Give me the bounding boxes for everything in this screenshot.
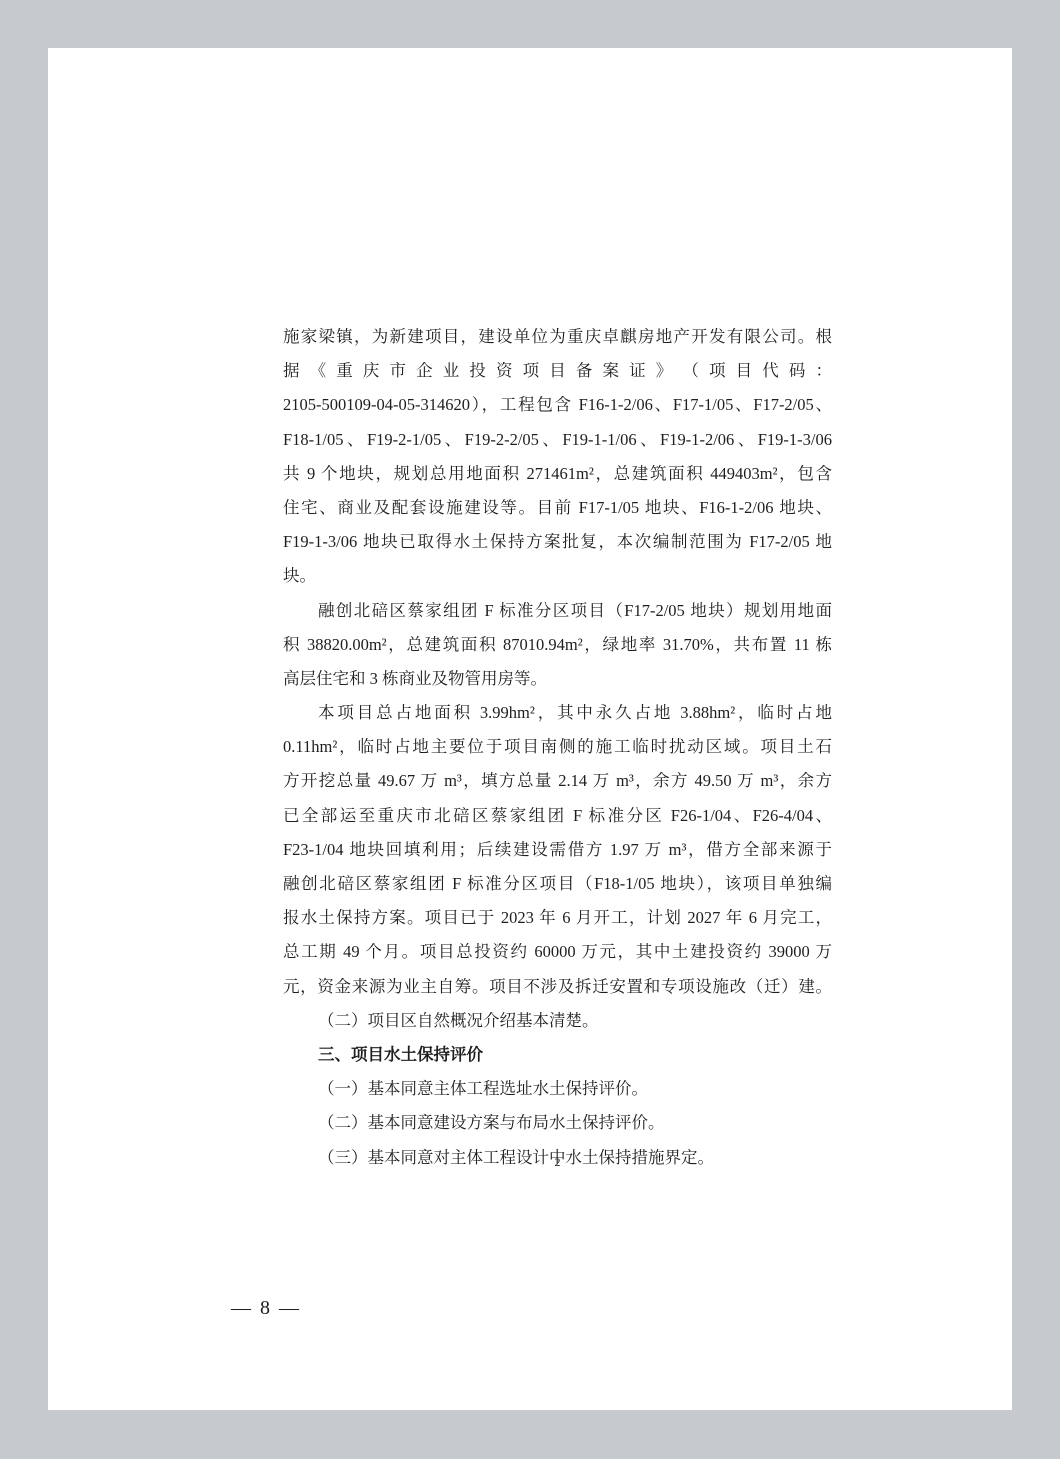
- text-line: 施家梁镇，为新建项目，建设单位为重庆卓麒房地产开发有限公司。根: [283, 320, 832, 354]
- outer-page-number: — 8 —: [196, 1296, 336, 1320]
- text-line: F23-1/04 地块回填利用；后续建设需借方 1.97 万 m³，借方全部来源…: [283, 833, 832, 867]
- text-line: 共 9 个地块，规划总用地面积 271461m²，总建筑面积 449403m²，…: [283, 457, 832, 491]
- text-line: 方开挖总量 49.67 万 m³，填方总量 2.14 万 m³，余方 49.50…: [283, 764, 832, 798]
- inner-page-number: 2: [283, 1155, 832, 1169]
- text-line: F19-1-3/06 地块已取得水土保持方案批复，本次编制范围为 F17-2/0…: [283, 525, 832, 559]
- text-line: 据 《 重 庆 市 企 业 投 资 项 目 备 案 证 》 （ 项 目 代 码 …: [283, 354, 832, 388]
- text-line: 块。: [283, 559, 832, 593]
- text-line: 0.11hm²，临时占地主要位于项目南侧的施工临时扰动区域。项目土石: [283, 730, 832, 764]
- text-line: （二）项目区自然概况介绍基本清楚。: [283, 1004, 832, 1038]
- text-line: 住宅、商业及配套设施建设等。目前 F17-1/05 地块、F16-1-2/06 …: [283, 491, 832, 525]
- text-line: F18-1/05、F19-2-1/05、F19-2-2/05、F19-1-1/0…: [283, 423, 832, 457]
- document-body: 施家梁镇，为新建项目，建设单位为重庆卓麒房地产开发有限公司。根据 《 重 庆 市…: [283, 320, 832, 1175]
- text-line: （一）基本同意主体工程选址水土保持评价。: [283, 1072, 832, 1106]
- text-line: （二）基本同意建设方案与布局水土保持评价。: [283, 1106, 832, 1140]
- text-line: 高层住宅和 3 栋商业及物管用房等。: [283, 662, 832, 696]
- text-line: 元，资金来源为业主自筹。项目不涉及拆迁安置和专项设施改（迁）建。: [283, 970, 832, 1004]
- text-line: 2105-500109-04-05-314620），工程包含 F16-1-2/0…: [283, 388, 832, 422]
- text-line: 本项目总占地面积 3.99hm²，其中永久占地 3.88hm²，临时占地: [283, 696, 832, 730]
- section-heading-line: 三、项目水土保持评价: [283, 1038, 832, 1072]
- text-line: 融创北碚区蔡家组团 F 标准分区项目（F17-2/05 地块）规划用地面: [283, 594, 832, 628]
- scanned-page: 施家梁镇，为新建项目，建设单位为重庆卓麒房地产开发有限公司。根据 《 重 庆 市…: [48, 48, 1012, 1410]
- text-line: 总工期 49 个月。项目总投资约 60000 万元，其中土建投资约 39000 …: [283, 935, 832, 969]
- text-line: 报水土保持方案。项目已于 2023 年 6 月开工，计划 2027 年 6 月完…: [283, 901, 832, 935]
- text-line: 融创北碚区蔡家组团 F 标准分区项目（F18-1/05 地块），该项目单独编: [283, 867, 832, 901]
- text-line: 积 38820.00m²，总建筑面积 87010.94m²，绿地率 31.70%…: [283, 628, 832, 662]
- text-line: 已全部运至重庆市北碚区蔡家组团 F 标准分区 F26-1/04、F26-4/04…: [283, 799, 832, 833]
